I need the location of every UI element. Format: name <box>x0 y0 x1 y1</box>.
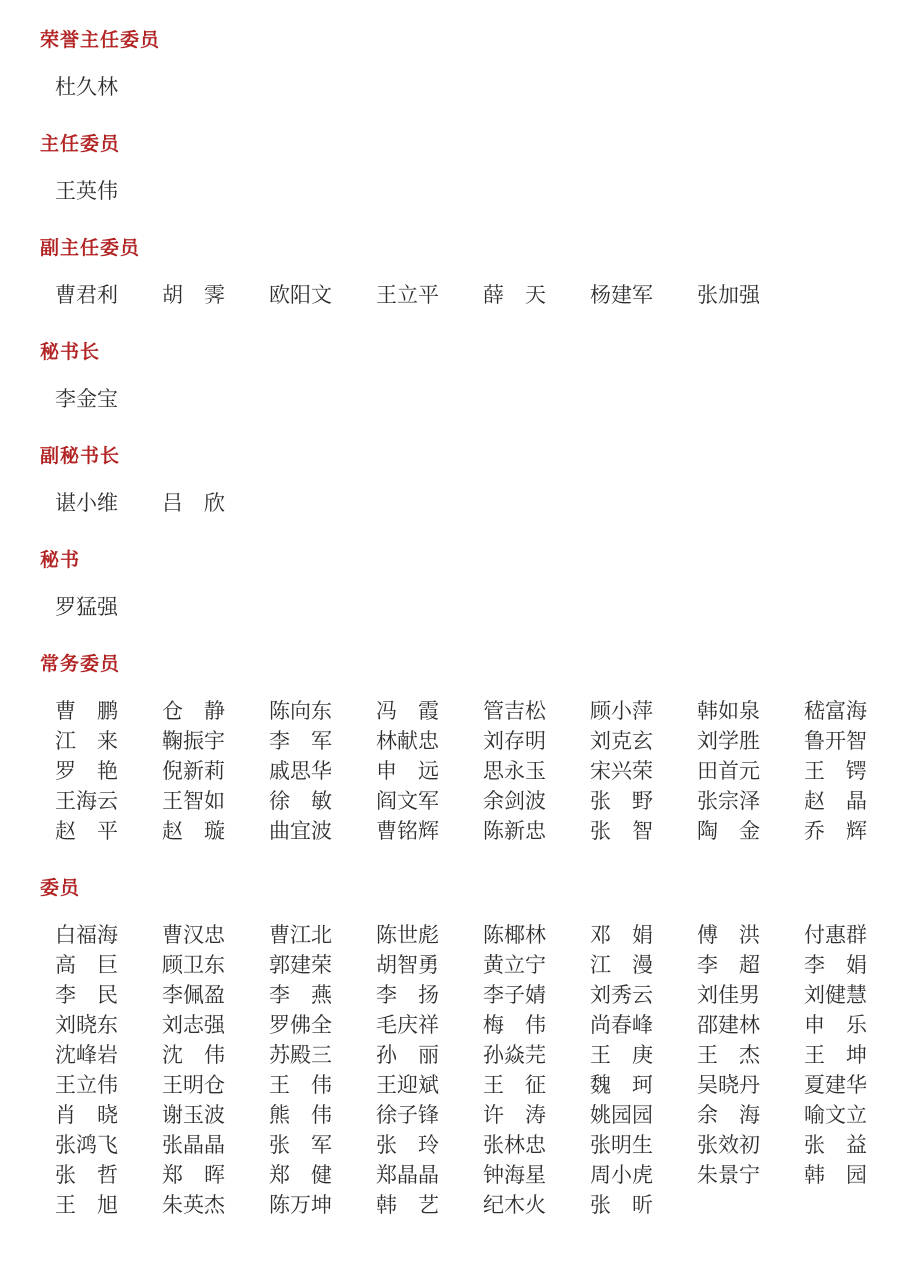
member-name: 宋兴荣 <box>590 756 653 786</box>
section: 常务委员曹 鹏仓 静陈向东冯 霞管吉松顾小萍韩如泉嵇富海江 来鞠振宇李 军林献忠… <box>40 654 880 846</box>
section: 秘书罗猛强 <box>40 550 880 622</box>
member-name: 王 坤 <box>804 1040 867 1070</box>
member-name: 吴晓丹 <box>697 1070 760 1100</box>
member-name: 顾小萍 <box>590 696 653 726</box>
member-name: 孙 丽 <box>376 1040 439 1070</box>
name-row: 肖 晓谢玉波熊 伟徐子锋许 涛姚园园余 海喻文立 <box>55 1100 880 1130</box>
section-heading: 荣誉主任委员 <box>40 30 880 52</box>
member-name: 王明仓 <box>162 1070 225 1100</box>
member-name: 曲宜波 <box>269 816 332 846</box>
member-name: 赵 璇 <box>162 816 225 846</box>
member-name: 胡智勇 <box>376 950 439 980</box>
member-name: 刘秀云 <box>590 980 653 1010</box>
section: 秘书长李金宝 <box>40 342 880 414</box>
member-name: 梅 伟 <box>483 1010 546 1040</box>
member-name: 申 远 <box>376 756 439 786</box>
section: 委员白福海曹汉忠曹江北陈世彪陈椰林邓 娟傅 洪付惠群高 巨顾卫东郭建荣胡智勇黄立… <box>40 878 880 1220</box>
member-name: 陈世彪 <box>376 920 439 950</box>
member-name: 吕 欣 <box>162 488 225 518</box>
member-name: 韩 园 <box>804 1160 867 1190</box>
committee-sections: 荣誉主任委员杜久林主任委员王英伟副主任委员曹君利胡 霁欧阳文王立平薛 天杨建军张… <box>40 30 880 1220</box>
name-row: 王 旭朱英杰陈万坤韩 艺纪木火张 昕 <box>55 1190 880 1220</box>
member-name: 曹君利 <box>55 280 118 310</box>
member-name: 罗猛强 <box>55 592 118 622</box>
member-name: 郑 晖 <box>162 1160 225 1190</box>
member-name: 思永玉 <box>483 756 546 786</box>
member-name: 李金宝 <box>55 384 118 414</box>
name-row: 赵 平赵 璇曲宜波曹铭辉陈新忠张 智陶 金乔 辉 <box>55 816 880 846</box>
member-name: 鲁开智 <box>804 726 867 756</box>
member-name: 曹汉忠 <box>162 920 225 950</box>
name-row: 曹 鹏仓 静陈向东冯 霞管吉松顾小萍韩如泉嵇富海 <box>55 696 880 726</box>
member-name: 王 庚 <box>590 1040 653 1070</box>
member-name: 张 哲 <box>55 1160 118 1190</box>
member-name: 纪木火 <box>483 1190 546 1220</box>
member-name: 朱英杰 <box>162 1190 225 1220</box>
name-row: 谌小维吕 欣 <box>55 488 880 518</box>
member-name: 张鸿飞 <box>55 1130 118 1160</box>
member-name: 韩 艺 <box>376 1190 439 1220</box>
member-name: 林献忠 <box>376 726 439 756</box>
section: 副主任委员曹君利胡 霁欧阳文王立平薛 天杨建军张加强 <box>40 238 880 310</box>
member-name: 郑晶晶 <box>376 1160 439 1190</box>
member-name: 王迎斌 <box>376 1070 439 1100</box>
member-name: 王 征 <box>483 1070 546 1100</box>
member-name: 郭建荣 <box>269 950 332 980</box>
member-name: 许 涛 <box>483 1100 546 1130</box>
member-name: 顾卫东 <box>162 950 225 980</box>
member-name: 钟海星 <box>483 1160 546 1190</box>
section-heading: 主任委员 <box>40 134 880 156</box>
member-name: 曹 鹏 <box>55 696 118 726</box>
section-heading: 秘书 <box>40 550 880 572</box>
member-name: 陈椰林 <box>483 920 546 950</box>
member-name: 刘佳男 <box>697 980 760 1010</box>
member-name: 李 民 <box>55 980 118 1010</box>
member-name: 嵇富海 <box>804 696 867 726</box>
member-name: 田首元 <box>697 756 760 786</box>
member-name: 刘晓东 <box>55 1010 118 1040</box>
section-heading: 常务委员 <box>40 654 880 676</box>
member-name: 胡 霁 <box>162 280 225 310</box>
member-name: 张 玲 <box>376 1130 439 1160</box>
member-name: 王英伟 <box>55 176 118 206</box>
member-name: 曹江北 <box>269 920 332 950</box>
member-name: 熊 伟 <box>269 1100 332 1130</box>
member-name: 张 昕 <box>590 1190 653 1220</box>
name-row: 王立伟王明仓王 伟王迎斌王 征魏 珂吴晓丹夏建华 <box>55 1070 880 1100</box>
member-name: 刘健慧 <box>804 980 867 1010</box>
member-name: 苏殿三 <box>269 1040 332 1070</box>
name-row: 刘晓东刘志强罗佛全毛庆祥梅 伟尚春峰邵建林申 乐 <box>55 1010 880 1040</box>
section: 荣誉主任委员杜久林 <box>40 30 880 102</box>
name-row: 王海云王智如徐 敏阎文军余剑波张 野张宗泽赵 晶 <box>55 786 880 816</box>
member-name: 鞠振宇 <box>162 726 225 756</box>
member-name: 杨建军 <box>590 280 653 310</box>
member-name: 陈新忠 <box>483 816 546 846</box>
member-name: 李佩盈 <box>162 980 225 1010</box>
member-name: 张效初 <box>697 1130 760 1160</box>
name-row: 杜久林 <box>55 72 880 102</box>
member-name: 江 漫 <box>590 950 653 980</box>
member-name: 张明生 <box>590 1130 653 1160</box>
member-name: 朱景宁 <box>697 1160 760 1190</box>
member-name: 李 扬 <box>376 980 439 1010</box>
name-row: 张 哲郑 晖郑 健郑晶晶钟海星周小虎朱景宁韩 园 <box>55 1160 880 1190</box>
member-name: 孙焱芫 <box>483 1040 546 1070</box>
member-name: 张加强 <box>697 280 760 310</box>
name-row: 曹君利胡 霁欧阳文王立平薛 天杨建军张加强 <box>55 280 880 310</box>
member-name: 赵 平 <box>55 816 118 846</box>
member-name: 薛 天 <box>483 280 546 310</box>
section: 主任委员王英伟 <box>40 134 880 206</box>
member-name: 余剑波 <box>483 786 546 816</box>
member-name: 周小虎 <box>590 1160 653 1190</box>
member-name: 谢玉波 <box>162 1100 225 1130</box>
member-name: 沈峰岩 <box>55 1040 118 1070</box>
member-name: 姚园园 <box>590 1100 653 1130</box>
member-name: 罗佛全 <box>269 1010 332 1040</box>
member-name: 张林忠 <box>483 1130 546 1160</box>
name-row: 罗猛强 <box>55 592 880 622</box>
member-name: 张晶晶 <box>162 1130 225 1160</box>
member-name: 李 燕 <box>269 980 332 1010</box>
member-name: 江 来 <box>55 726 118 756</box>
member-name: 邓 娟 <box>590 920 653 950</box>
member-name: 王 旭 <box>55 1190 118 1220</box>
member-name: 张 智 <box>590 816 653 846</box>
member-name: 刘学胜 <box>697 726 760 756</box>
member-name: 张 军 <box>269 1130 332 1160</box>
member-name: 李 娟 <box>804 950 867 980</box>
member-name: 倪新莉 <box>162 756 225 786</box>
name-row: 高 巨顾卫东郭建荣胡智勇黄立宁江 漫李 超李 娟 <box>55 950 880 980</box>
member-name: 王 锷 <box>804 756 867 786</box>
name-row: 张鸿飞张晶晶张 军张 玲张林忠张明生张效初张 益 <box>55 1130 880 1160</box>
name-row: 白福海曹汉忠曹江北陈世彪陈椰林邓 娟傅 洪付惠群 <box>55 920 880 950</box>
member-name: 韩如泉 <box>697 696 760 726</box>
name-row: 罗 艳倪新莉戚思华申 远思永玉宋兴荣田首元王 锷 <box>55 756 880 786</box>
member-name: 王 伟 <box>269 1070 332 1100</box>
member-name: 赵 晶 <box>804 786 867 816</box>
member-name: 陈向东 <box>269 696 332 726</box>
member-name: 魏 珂 <box>590 1070 653 1100</box>
member-name: 戚思华 <box>269 756 332 786</box>
member-name: 罗 艳 <box>55 756 118 786</box>
member-name: 陈万坤 <box>269 1190 332 1220</box>
member-name: 王 杰 <box>697 1040 760 1070</box>
member-name: 王立平 <box>376 280 439 310</box>
member-name: 曹铭辉 <box>376 816 439 846</box>
section: 副秘书长谌小维吕 欣 <box>40 446 880 518</box>
member-name: 欧阳文 <box>269 280 332 310</box>
member-name: 王智如 <box>162 786 225 816</box>
member-name: 李子婧 <box>483 980 546 1010</box>
member-name: 阎文军 <box>376 786 439 816</box>
name-row: 王英伟 <box>55 176 880 206</box>
member-name: 管吉松 <box>483 696 546 726</box>
member-name: 付惠群 <box>804 920 867 950</box>
section-heading: 秘书长 <box>40 342 880 364</box>
member-name: 乔 辉 <box>804 816 867 846</box>
member-name: 仓 静 <box>162 696 225 726</box>
member-name: 刘志强 <box>162 1010 225 1040</box>
section-heading: 副秘书长 <box>40 446 880 468</box>
member-name: 高 巨 <box>55 950 118 980</box>
member-name: 傅 洪 <box>697 920 760 950</box>
member-name: 黄立宁 <box>483 950 546 980</box>
member-name: 李 超 <box>697 950 760 980</box>
section-heading: 副主任委员 <box>40 238 880 260</box>
name-row: 李 民李佩盈李 燕李 扬李子婧刘秀云刘佳男刘健慧 <box>55 980 880 1010</box>
member-name: 张 益 <box>804 1130 867 1160</box>
member-name: 郑 健 <box>269 1160 332 1190</box>
member-name: 刘存明 <box>483 726 546 756</box>
member-name: 沈 伟 <box>162 1040 225 1070</box>
name-row: 李金宝 <box>55 384 880 414</box>
name-row: 沈峰岩沈 伟苏殿三孙 丽孙焱芫王 庚王 杰王 坤 <box>55 1040 880 1070</box>
member-name: 张 野 <box>590 786 653 816</box>
member-name: 王海云 <box>55 786 118 816</box>
member-name: 杜久林 <box>55 72 118 102</box>
member-name: 刘克玄 <box>590 726 653 756</box>
section-heading: 委员 <box>40 878 880 900</box>
member-name: 徐子锋 <box>376 1100 439 1130</box>
name-row: 江 来鞠振宇李 军林献忠刘存明刘克玄刘学胜鲁开智 <box>55 726 880 756</box>
member-name: 徐 敏 <box>269 786 332 816</box>
member-name: 白福海 <box>55 920 118 950</box>
member-list-document: { "page": { "background_color": "#ffffff… <box>0 0 900 1272</box>
member-name: 毛庆祥 <box>376 1010 439 1040</box>
member-name: 李 军 <box>269 726 332 756</box>
member-name: 申 乐 <box>804 1010 867 1040</box>
member-name: 陶 金 <box>697 816 760 846</box>
member-name: 夏建华 <box>804 1070 867 1100</box>
member-name: 余 海 <box>697 1100 760 1130</box>
member-name: 谌小维 <box>55 488 118 518</box>
member-name: 张宗泽 <box>697 786 760 816</box>
member-name: 冯 霞 <box>376 696 439 726</box>
member-name: 尚春峰 <box>590 1010 653 1040</box>
member-name: 邵建林 <box>697 1010 760 1040</box>
member-name: 王立伟 <box>55 1070 118 1100</box>
member-name: 肖 晓 <box>55 1100 118 1130</box>
member-name: 喻文立 <box>804 1100 867 1130</box>
